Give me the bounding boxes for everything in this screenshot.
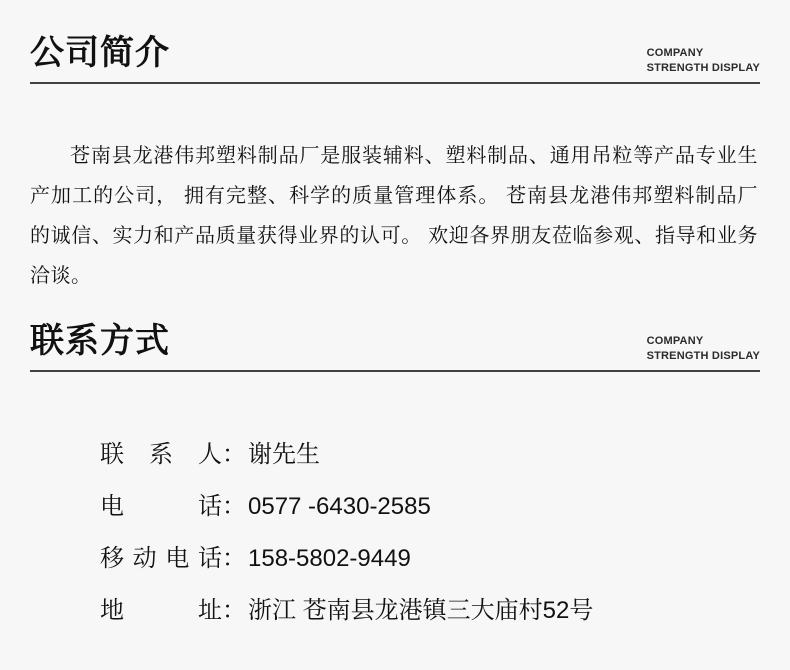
contact-row-person: 联系人：谢先生: [100, 429, 750, 481]
intro-section-subtitle: COMPANY STRENGTH DISPLAY: [647, 46, 760, 76]
contact-row-phone: 电话：0577 -6430-2585: [100, 481, 750, 533]
contact-subtitle-line-2: STRENGTH DISPLAY: [647, 349, 760, 364]
contact-list: 联系人：谢先生 电话：0577 -6430-2585 移动电话：158-5802…: [100, 429, 750, 637]
intro-subtitle-line-2: STRENGTH DISPLAY: [647, 61, 760, 76]
contact-label: 移动电话: [100, 533, 222, 585]
contact-value: 谢先生: [248, 429, 320, 481]
contact-section-subtitle: COMPANY STRENGTH DISPLAY: [647, 334, 760, 364]
contact-label: 电话: [100, 481, 222, 533]
contact-label: 地址: [100, 585, 222, 637]
contact-row-address: 地址：浙江 苍南县龙港镇三大庙村52号: [100, 585, 750, 637]
contact-colon: ：: [222, 533, 246, 585]
intro-section-header: 公司简介 COMPANY STRENGTH DISPLAY: [30, 30, 760, 84]
contact-colon: ：: [222, 585, 246, 637]
contact-subtitle-line-1: COMPANY: [647, 334, 760, 349]
contact-section-header: 联系方式 COMPANY STRENGTH DISPLAY: [30, 318, 760, 372]
contact-label: 联系人: [100, 429, 222, 481]
contact-value: 浙江 苍南县龙港镇三大庙村52号: [248, 585, 593, 637]
contact-colon: ：: [222, 429, 246, 481]
contact-value: 0577 -6430-2585: [248, 481, 431, 533]
contact-value: 158-5802-9449: [248, 533, 411, 585]
contact-section-title: 联系方式: [30, 323, 170, 359]
intro-subtitle-line-1: COMPANY: [647, 46, 760, 61]
contact-colon: ：: [222, 481, 246, 533]
intro-paragraph: 苍南县龙港伟邦塑料制品厂是服装辅料、塑料制品、通用吊粒等产品专业生产加工的公司，…: [30, 136, 758, 296]
intro-section-title: 公司简介: [30, 35, 170, 71]
contact-row-mobile: 移动电话：158-5802-9449: [100, 533, 750, 585]
